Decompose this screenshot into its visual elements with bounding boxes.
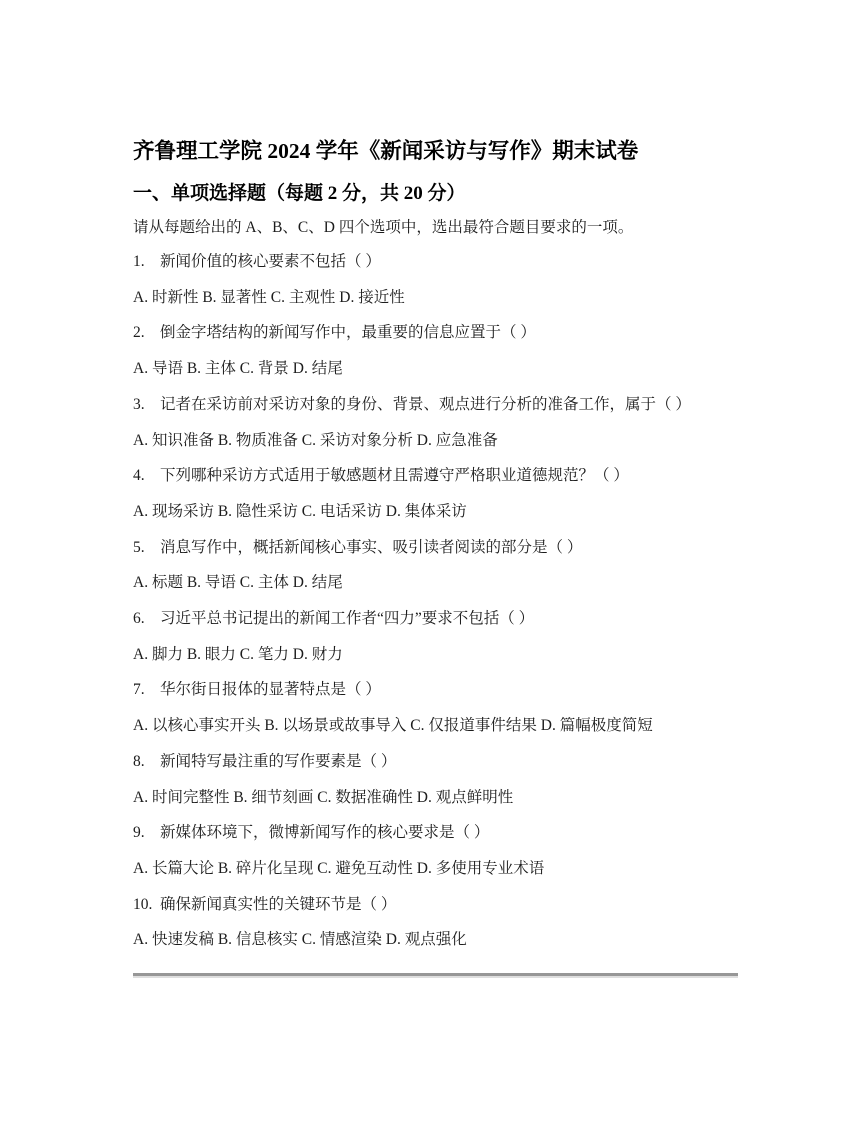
question-number: 7. bbox=[133, 672, 160, 708]
exam-document-page: 齐鲁理工学院 2024 学年《新闻采访与写作》期末试卷 一、单项选择题（每题 2… bbox=[0, 0, 866, 1122]
question-text: 习近平总书记提出的新闻工作者“四力”要求不包括（ ） bbox=[160, 610, 534, 627]
question-line: 6.习近平总书记提出的新闻工作者“四力”要求不包括（ ） bbox=[133, 601, 813, 637]
option-line: A. 标题 B. 导语 C. 主体 D. 结尾 bbox=[133, 565, 813, 601]
option-line: A. 以核心事实开头 B. 以场景或故事导入 C. 仅报道事件结果 D. 篇幅极… bbox=[133, 708, 813, 744]
question-line: 9.新媒体环境下，微博新闻写作的核心要求是（ ） bbox=[133, 815, 813, 851]
question-text: 新媒体环境下，微博新闻写作的核心要求是（ ） bbox=[160, 824, 489, 841]
question-text: 确保新闻真实性的关键环节是（ ） bbox=[160, 896, 396, 913]
option-line: A. 时新性 B. 显著性 C. 主观性 D. 接近性 bbox=[133, 280, 813, 316]
question-list: 1.新闻价值的核心要素不包括（ ）A. 时新性 B. 显著性 C. 主观性 D.… bbox=[133, 244, 813, 958]
option-line: A. 现场采访 B. 隐性采访 C. 电话采访 D. 集体采访 bbox=[133, 494, 813, 530]
question-text: 倒金字塔结构的新闻写作中，最重要的信息应置于（ ） bbox=[160, 324, 536, 341]
option-line: A. 长篇大论 B. 碎片化呈现 C. 避免互动性 D. 多使用专业术语 bbox=[133, 851, 813, 887]
question-text: 消息写作中，概括新闻核心事实、吸引读者阅读的部分是（ ） bbox=[160, 539, 582, 556]
question-text: 下列哪种采访方式适用于敏感题材且需遵守严格职业道德规范？（ ） bbox=[160, 467, 629, 484]
instructions-text: 请从每题给出的 A、B、C、D 四个选项中，选出最符合题目要求的一项。 bbox=[133, 218, 793, 238]
question-line: 2.倒金字塔结构的新闻写作中，最重要的信息应置于（ ） bbox=[133, 315, 813, 351]
question-line: 3.记者在采访前对采访对象的身份、背景、观点进行分析的准备工作，属于（ ） bbox=[133, 387, 813, 423]
question-text: 华尔街日报体的显著特点是（ ） bbox=[160, 681, 381, 698]
question-line: 5.消息写作中，概括新闻核心事实、吸引读者阅读的部分是（ ） bbox=[133, 530, 813, 566]
question-number: 4. bbox=[133, 458, 160, 494]
question-text: 新闻特写最注重的写作要素是（ ） bbox=[160, 753, 396, 770]
question-number: 6. bbox=[133, 601, 160, 637]
question-number: 10. bbox=[133, 887, 160, 923]
page-title: 齐鲁理工学院 2024 学年《新闻采访与写作》期末试卷 bbox=[133, 138, 773, 164]
question-number: 3. bbox=[133, 387, 160, 423]
question-number: 1. bbox=[133, 244, 160, 280]
question-line: 7.华尔街日报体的显著特点是（ ） bbox=[133, 672, 813, 708]
question-number: 8. bbox=[133, 744, 160, 780]
question-line: 4.下列哪种采访方式适用于敏感题材且需遵守严格职业道德规范？（ ） bbox=[133, 458, 813, 494]
question-number: 2. bbox=[133, 315, 160, 351]
option-line: A. 知识准备 B. 物质准备 C. 采访对象分析 D. 应急准备 bbox=[133, 423, 813, 459]
option-line: A. 快速发稿 B. 信息核实 C. 情感渲染 D. 观点强化 bbox=[133, 922, 813, 958]
question-text: 新闻价值的核心要素不包括（ ） bbox=[160, 253, 381, 270]
option-line: A. 脚力 B. 眼力 C. 笔力 D. 财力 bbox=[133, 637, 813, 673]
question-line: 1.新闻价值的核心要素不包括（ ） bbox=[133, 244, 813, 280]
question-line: 10.确保新闻真实性的关键环节是（ ） bbox=[133, 887, 813, 923]
option-line: A. 时间完整性 B. 细节刻画 C. 数据准确性 D. 观点鲜明性 bbox=[133, 780, 813, 816]
question-line: 8.新闻特写最注重的写作要素是（ ） bbox=[133, 744, 813, 780]
question-number: 9. bbox=[133, 815, 160, 851]
question-number: 5. bbox=[133, 530, 160, 566]
question-text: 记者在采访前对采访对象的身份、背景、观点进行分析的准备工作，属于（ ） bbox=[160, 396, 691, 413]
footer-divider bbox=[133, 973, 738, 978]
section-heading: 一、单项选择题（每题 2 分，共 20 分） bbox=[133, 182, 773, 206]
option-line: A. 导语 B. 主体 C. 背景 D. 结尾 bbox=[133, 351, 813, 387]
